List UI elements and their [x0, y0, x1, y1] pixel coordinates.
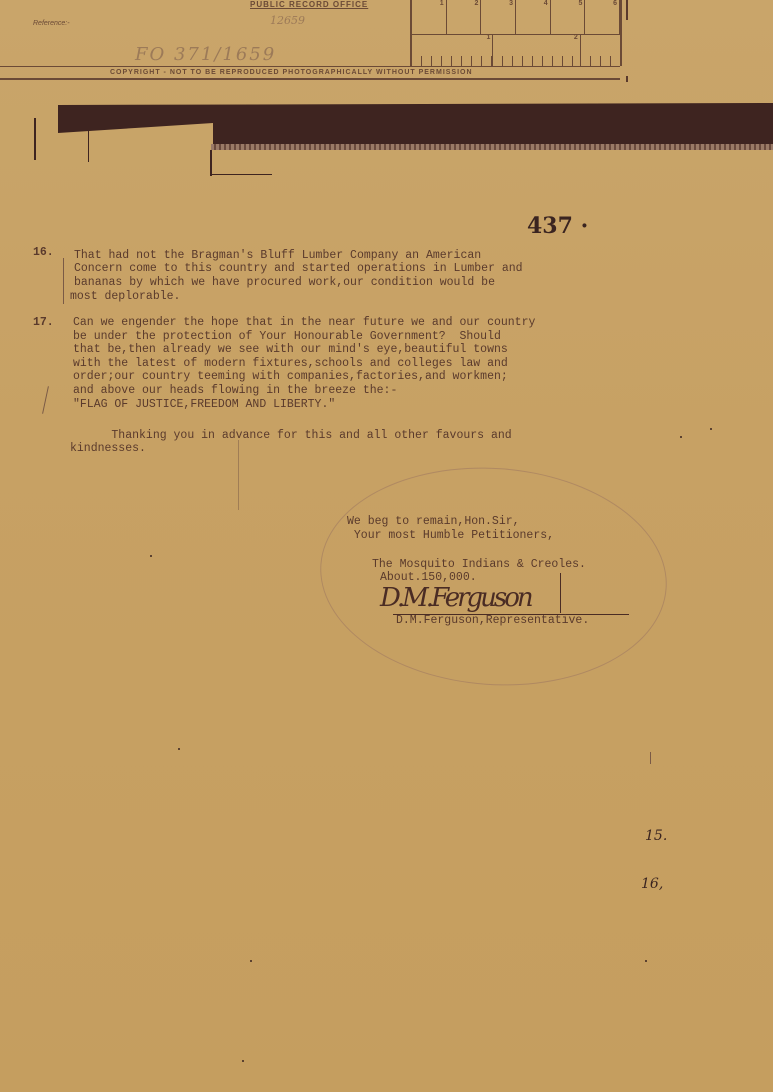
- speck: [250, 960, 252, 962]
- paragraph-17-line: order;our country teeming with companies…: [73, 371, 508, 383]
- scale-cell: 6: [585, 0, 620, 34]
- paragraph-16-line: That had not the Bragman's Bluff Lumber …: [74, 250, 481, 262]
- edge-mark: [626, 0, 628, 20]
- scale-bottom-row: 1 2: [412, 34, 620, 66]
- closing-line: We beg to remain,Hon.Sir,: [347, 516, 520, 529]
- page-number: 437 ·: [527, 213, 588, 239]
- paragraph-17-line: and above our heads flowing in the breez…: [73, 385, 397, 397]
- closing-line: Your most Humble Petitioners,: [347, 530, 554, 543]
- paragraph-number: 17.: [33, 316, 54, 329]
- paragraph-number: 16.: [33, 246, 54, 259]
- scale-cell: 1: [412, 0, 447, 34]
- band-mark: [34, 118, 36, 160]
- signature-stroke: [560, 573, 561, 613]
- band-mark: [210, 150, 212, 176]
- margin-line: [238, 440, 239, 510]
- signatory-name: D.M.Ferguson,Representative.: [396, 615, 589, 628]
- scale-cell: 2: [493, 34, 580, 66]
- margin-note: 16,: [641, 876, 663, 892]
- margin-line: [63, 258, 64, 304]
- reference-label: Reference:-: [33, 20, 70, 27]
- paragraph-17-line: Can we engender the hope that in the nea…: [73, 317, 535, 329]
- scale-cell: 2: [447, 0, 482, 34]
- scale-cell: 5: [551, 0, 586, 34]
- speck: [178, 748, 180, 750]
- scale-cell: [581, 34, 620, 66]
- thanks-line: Thanking you in advance for this and all…: [70, 430, 512, 442]
- paragraph-16-line: Concern come to this country and started…: [74, 263, 523, 275]
- handwritten-signature: D.M.Ferguson: [380, 583, 570, 617]
- speck: [680, 436, 682, 438]
- speck: [150, 555, 152, 557]
- dark-border-band: [58, 103, 773, 145]
- thanks-line: kindnesses.: [70, 443, 146, 455]
- margin-line: [650, 752, 651, 764]
- scale-cell: 3: [481, 0, 516, 34]
- paragraph-17-line: that be,then already we see with our min…: [73, 344, 508, 356]
- scale-top-row: 1 2 3 4 5 6: [412, 0, 620, 35]
- scale-cell: 1: [412, 34, 493, 66]
- band-stripe: [211, 144, 773, 150]
- scale-cell: 4: [516, 0, 551, 34]
- margin-note: 15.: [645, 828, 667, 844]
- paragraph-17-line: "FLAG OF JUSTICE,FREEDOM AND LIBERTY.": [73, 399, 335, 411]
- edge-mark: [626, 76, 628, 82]
- margin-line: [42, 386, 49, 414]
- reference-code-handwritten: FO 371/1659: [135, 44, 276, 65]
- copyright-notice: COPYRIGHT - NOT TO BE REPRODUCED PHOTOGR…: [0, 66, 620, 78]
- paragraph-17-line: with the latest of modern fixtures,schoo…: [73, 358, 508, 370]
- speck: [645, 960, 647, 962]
- paragraph-16-line: bananas by which we have procured work,o…: [74, 277, 495, 289]
- band-mark: [210, 174, 272, 175]
- measurement-scale: 1 2 3 4 5 6 1 2: [410, 0, 622, 66]
- speck: [710, 428, 712, 430]
- speck: [242, 1060, 244, 1062]
- paragraph-16-line: most deplorable.: [70, 291, 180, 303]
- paragraph-17-line: be under the protection of Your Honourab…: [73, 331, 501, 343]
- petitioner-group: The Mosquito Indians & Creoles.: [372, 559, 586, 572]
- office-title: PUBLIC RECORD OFFICE: [250, 0, 368, 9]
- archive-header: PUBLIC RECORD OFFICE Reference:- 12659 F…: [0, 0, 620, 80]
- pencil-oval-mark: [313, 456, 674, 697]
- reference-number-handwritten: 12659: [270, 14, 305, 27]
- band-mark: [88, 130, 89, 162]
